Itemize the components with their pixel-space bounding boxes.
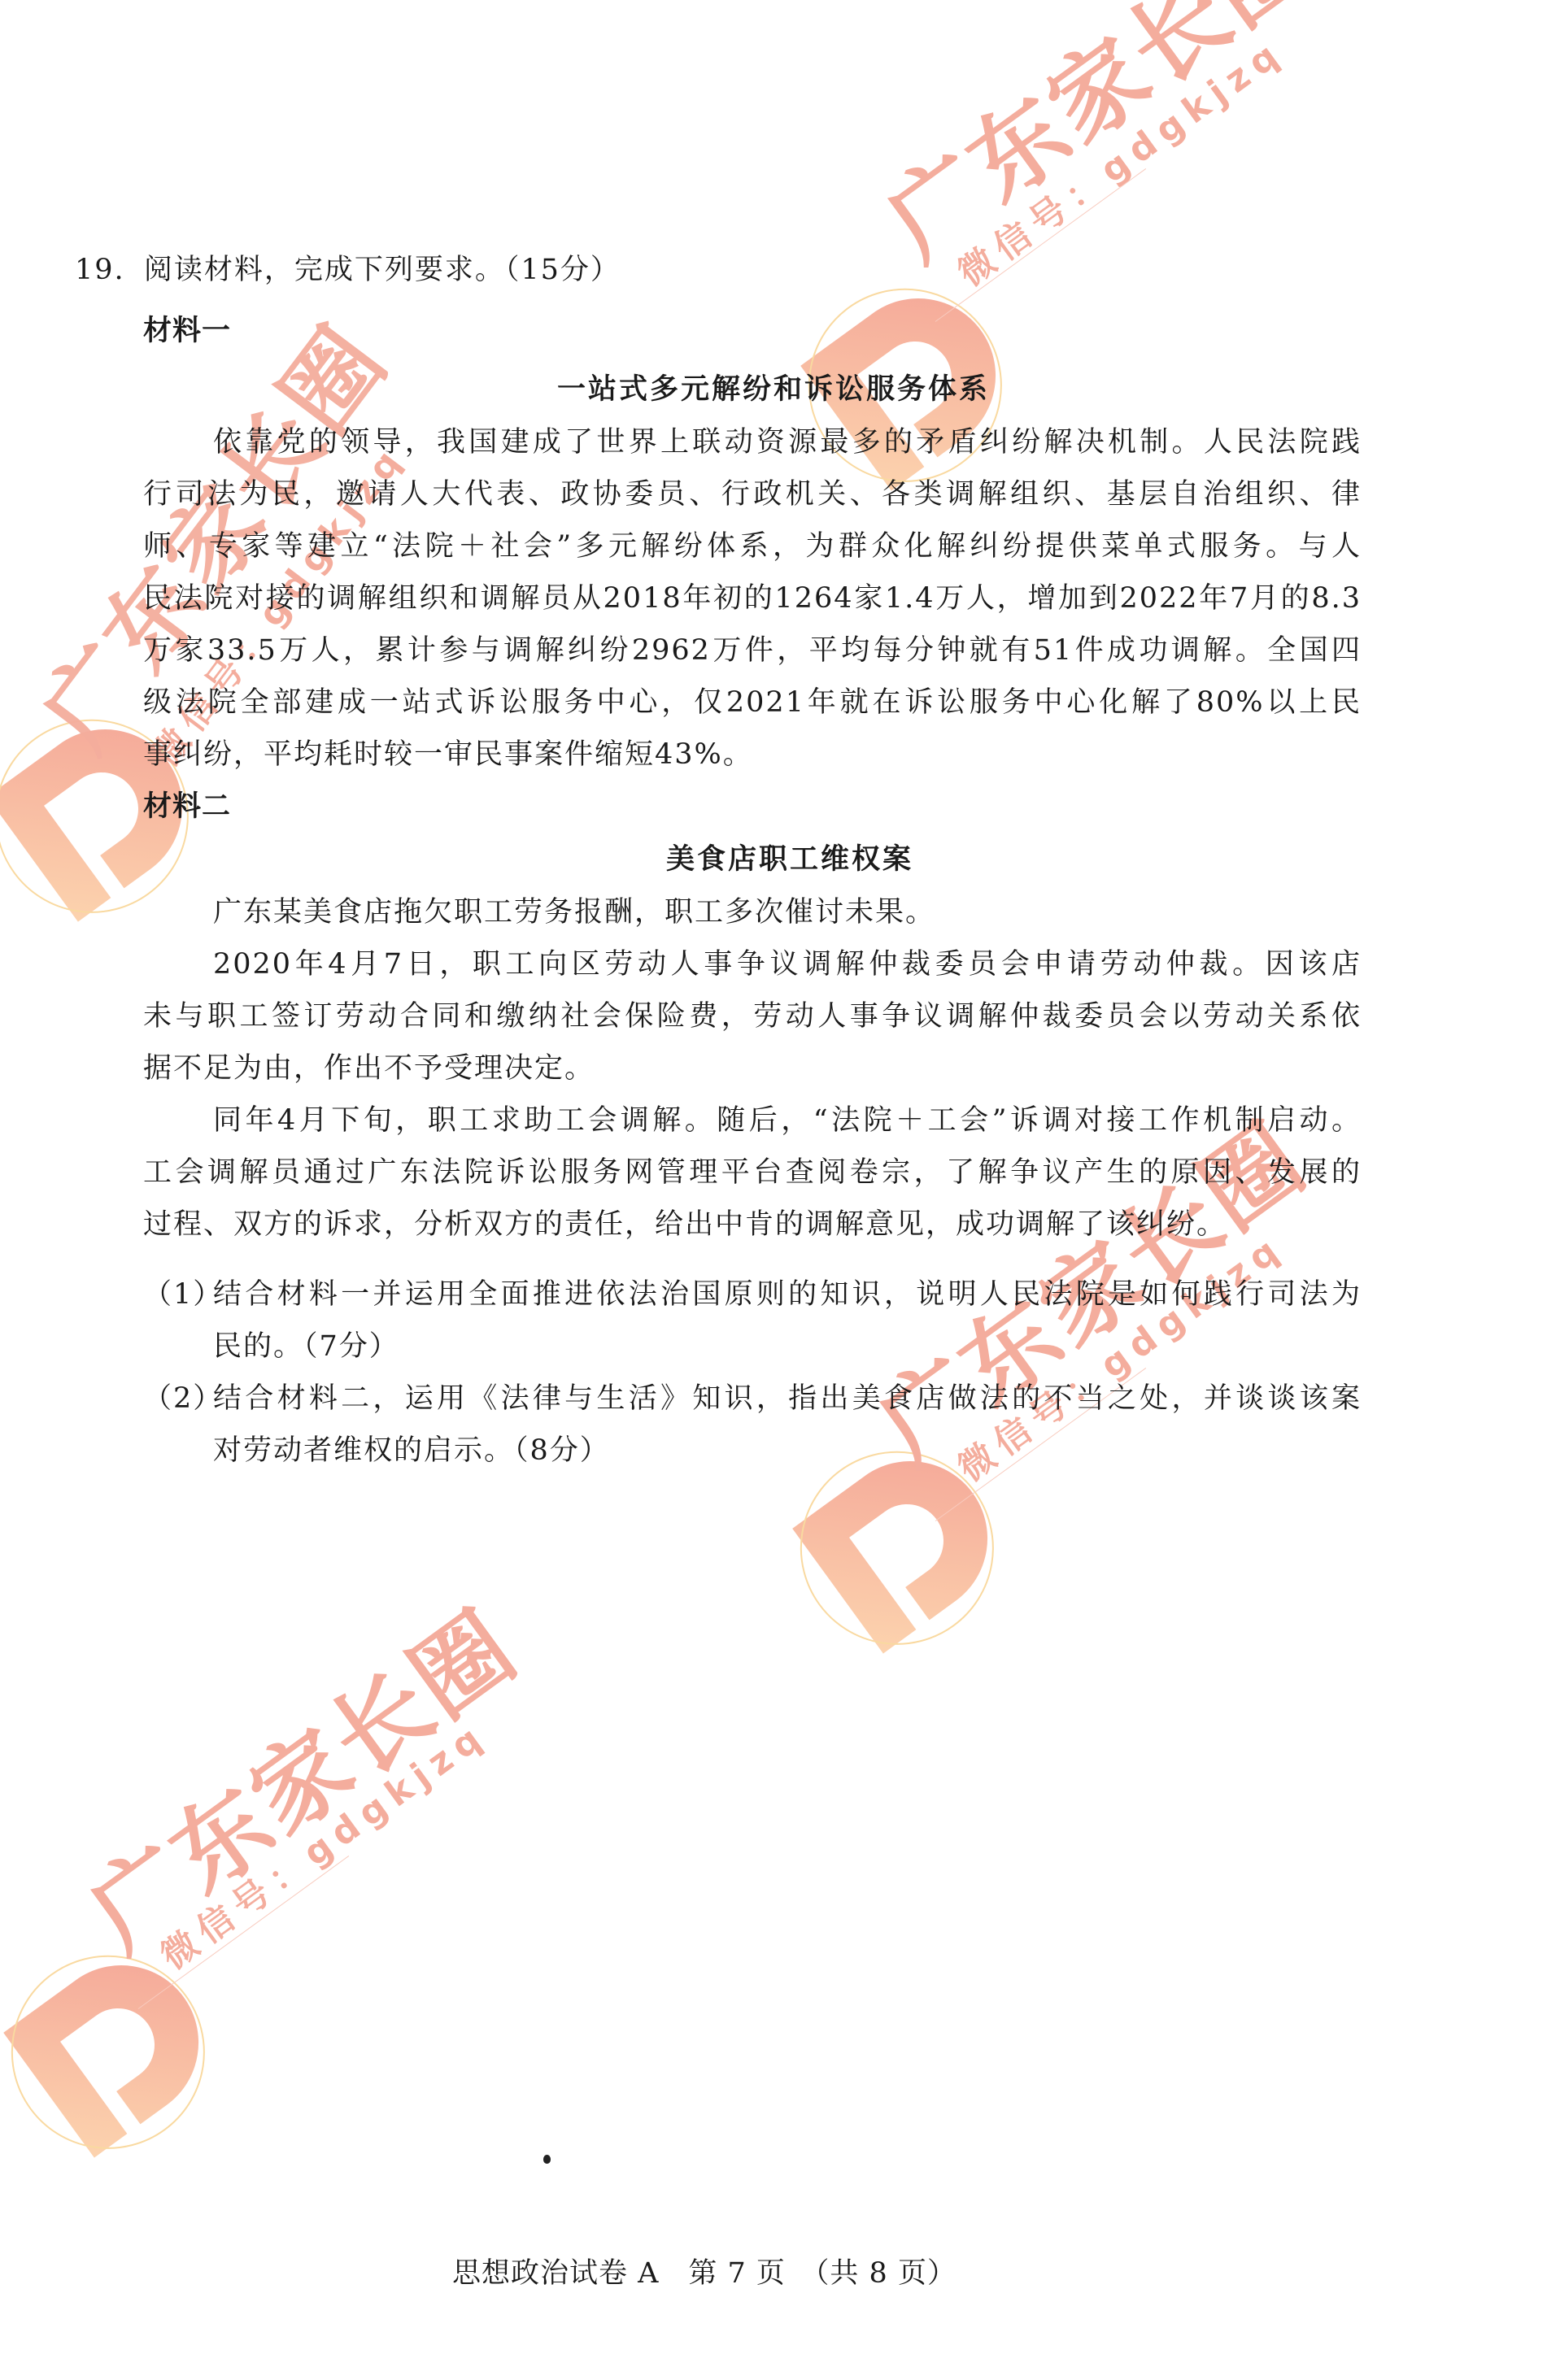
watermark-logo-icon [773,1407,1041,1675]
material-two-line: 据不足为由，作出不予受理决定。 [143,1051,595,1086]
question-header: 19. 阅读材料，完成下列要求。（15分） [75,252,621,288]
material-one-line: 师、专家等建立“法院＋社会”多元解纷体系，为群众化解纠纷提供菜单式服务。与人 [143,529,1362,564]
watermark-rule [935,168,1146,322]
material-one-line: 行司法为民，邀请人大代表、政协委员、行政机关、各类调解组织、基层自治组织、律 [143,476,1362,512]
material-one-line: 级法院全部建成一站式诉讼服务中心，仅2021年就在诉讼服务中心化解了80%以上民 [143,685,1362,720]
sub-question-text: 对劳动者维权的启示。（8分） [213,1433,610,1468]
material-one-line: 依靠党的领导，我国建成了世界上联动资源最多的矛盾纠纷解决机制。人民法院践 [213,424,1362,460]
question-prompt: 阅读材料，完成下列要求。（15分） [144,254,621,286]
watermark-wechat-text: 微信号：gdgkjzq [945,24,1293,296]
watermark-logo-icon [0,1911,252,2179]
watermark-wechat-text: 微信号：gdgkjzq [148,1707,496,1979]
material-one-title: 一站式多元解纷和诉讼服务体系 [0,372,1547,407]
material-two-line: 同年4月下旬，职工求助工会调解。随后，“法院＋工会”诉调对接工作机制启动。 [213,1103,1362,1138]
material-two-line: 工会调解员通过广东法院诉讼服务网管理平台查阅卷宗，了解争议产生的原因、发展的 [143,1155,1362,1190]
sub-question-text: 结合材料二，运用《法律与生活》知识，指出美食店做法的不当之处，并谈谈该案 [213,1381,1362,1416]
material-two-line: 过程、双方的诉求，分析双方的责任，给出中肯的调解意见，成功调解了该纠纷。 [143,1207,1227,1242]
scan-speck [543,2155,551,2164]
material-two-line: 广东某美食店拖欠职工劳务报酬，职工多次催讨未果。 [213,894,935,930]
material-one-line: 事纠纷，平均耗时较一审民事案件缩短43%。 [143,737,753,772]
material-two-line: 2020年4月7日，职工向区劳动人事争议调解仲裁委员会申请劳动仲裁。因该店 [213,946,1362,982]
sub-question-label: （1） [143,1277,223,1312]
watermark-brand-text: 广东家长圈 [854,0,1336,285]
sub-question-text: 民的。（7分） [213,1329,399,1364]
watermark-brand-text: 广东家长圈 [57,1573,539,1976]
question-number: 19. [75,254,125,286]
watermark-top-right: 广东家长圈 微信号：gdgkjzq [773,0,1547,423]
sub-question-label: （2） [143,1381,223,1416]
material-two-line: 未与职工签订劳动合同和缴纳社会保险费，劳动人事争议调解仲裁委员会以劳动关系依 [143,999,1362,1034]
sub-question-text: 结合材料一并运用全面推进依法治国原则的知识，说明人民法院是如何践行司法为 [213,1277,1362,1312]
material-two-label: 材料二 [143,789,231,825]
material-one-label: 材料一 [143,313,231,349]
watermark-wechat-text: 微信号：gdgkjzq [945,1219,1293,1491]
material-one-line: 民法院对接的调解组织和调解员从2018年初的1264家1.4万人，增加到2022… [143,581,1362,616]
page-footer: 思想政治试卷 A 第 7 页 （共 8 页） [452,2251,957,2291]
material-one-line: 万家33.5万人，累计参与调解纠纷2962万件，平均每分钟就有51件成功调解。全… [143,633,1362,668]
watermark-lower-left: 广东家长圈 微信号：gdgkjzq [0,1667,651,2155]
watermark-rule [138,1856,349,2009]
material-two-title: 美食店职工维权案 [0,842,1547,877]
